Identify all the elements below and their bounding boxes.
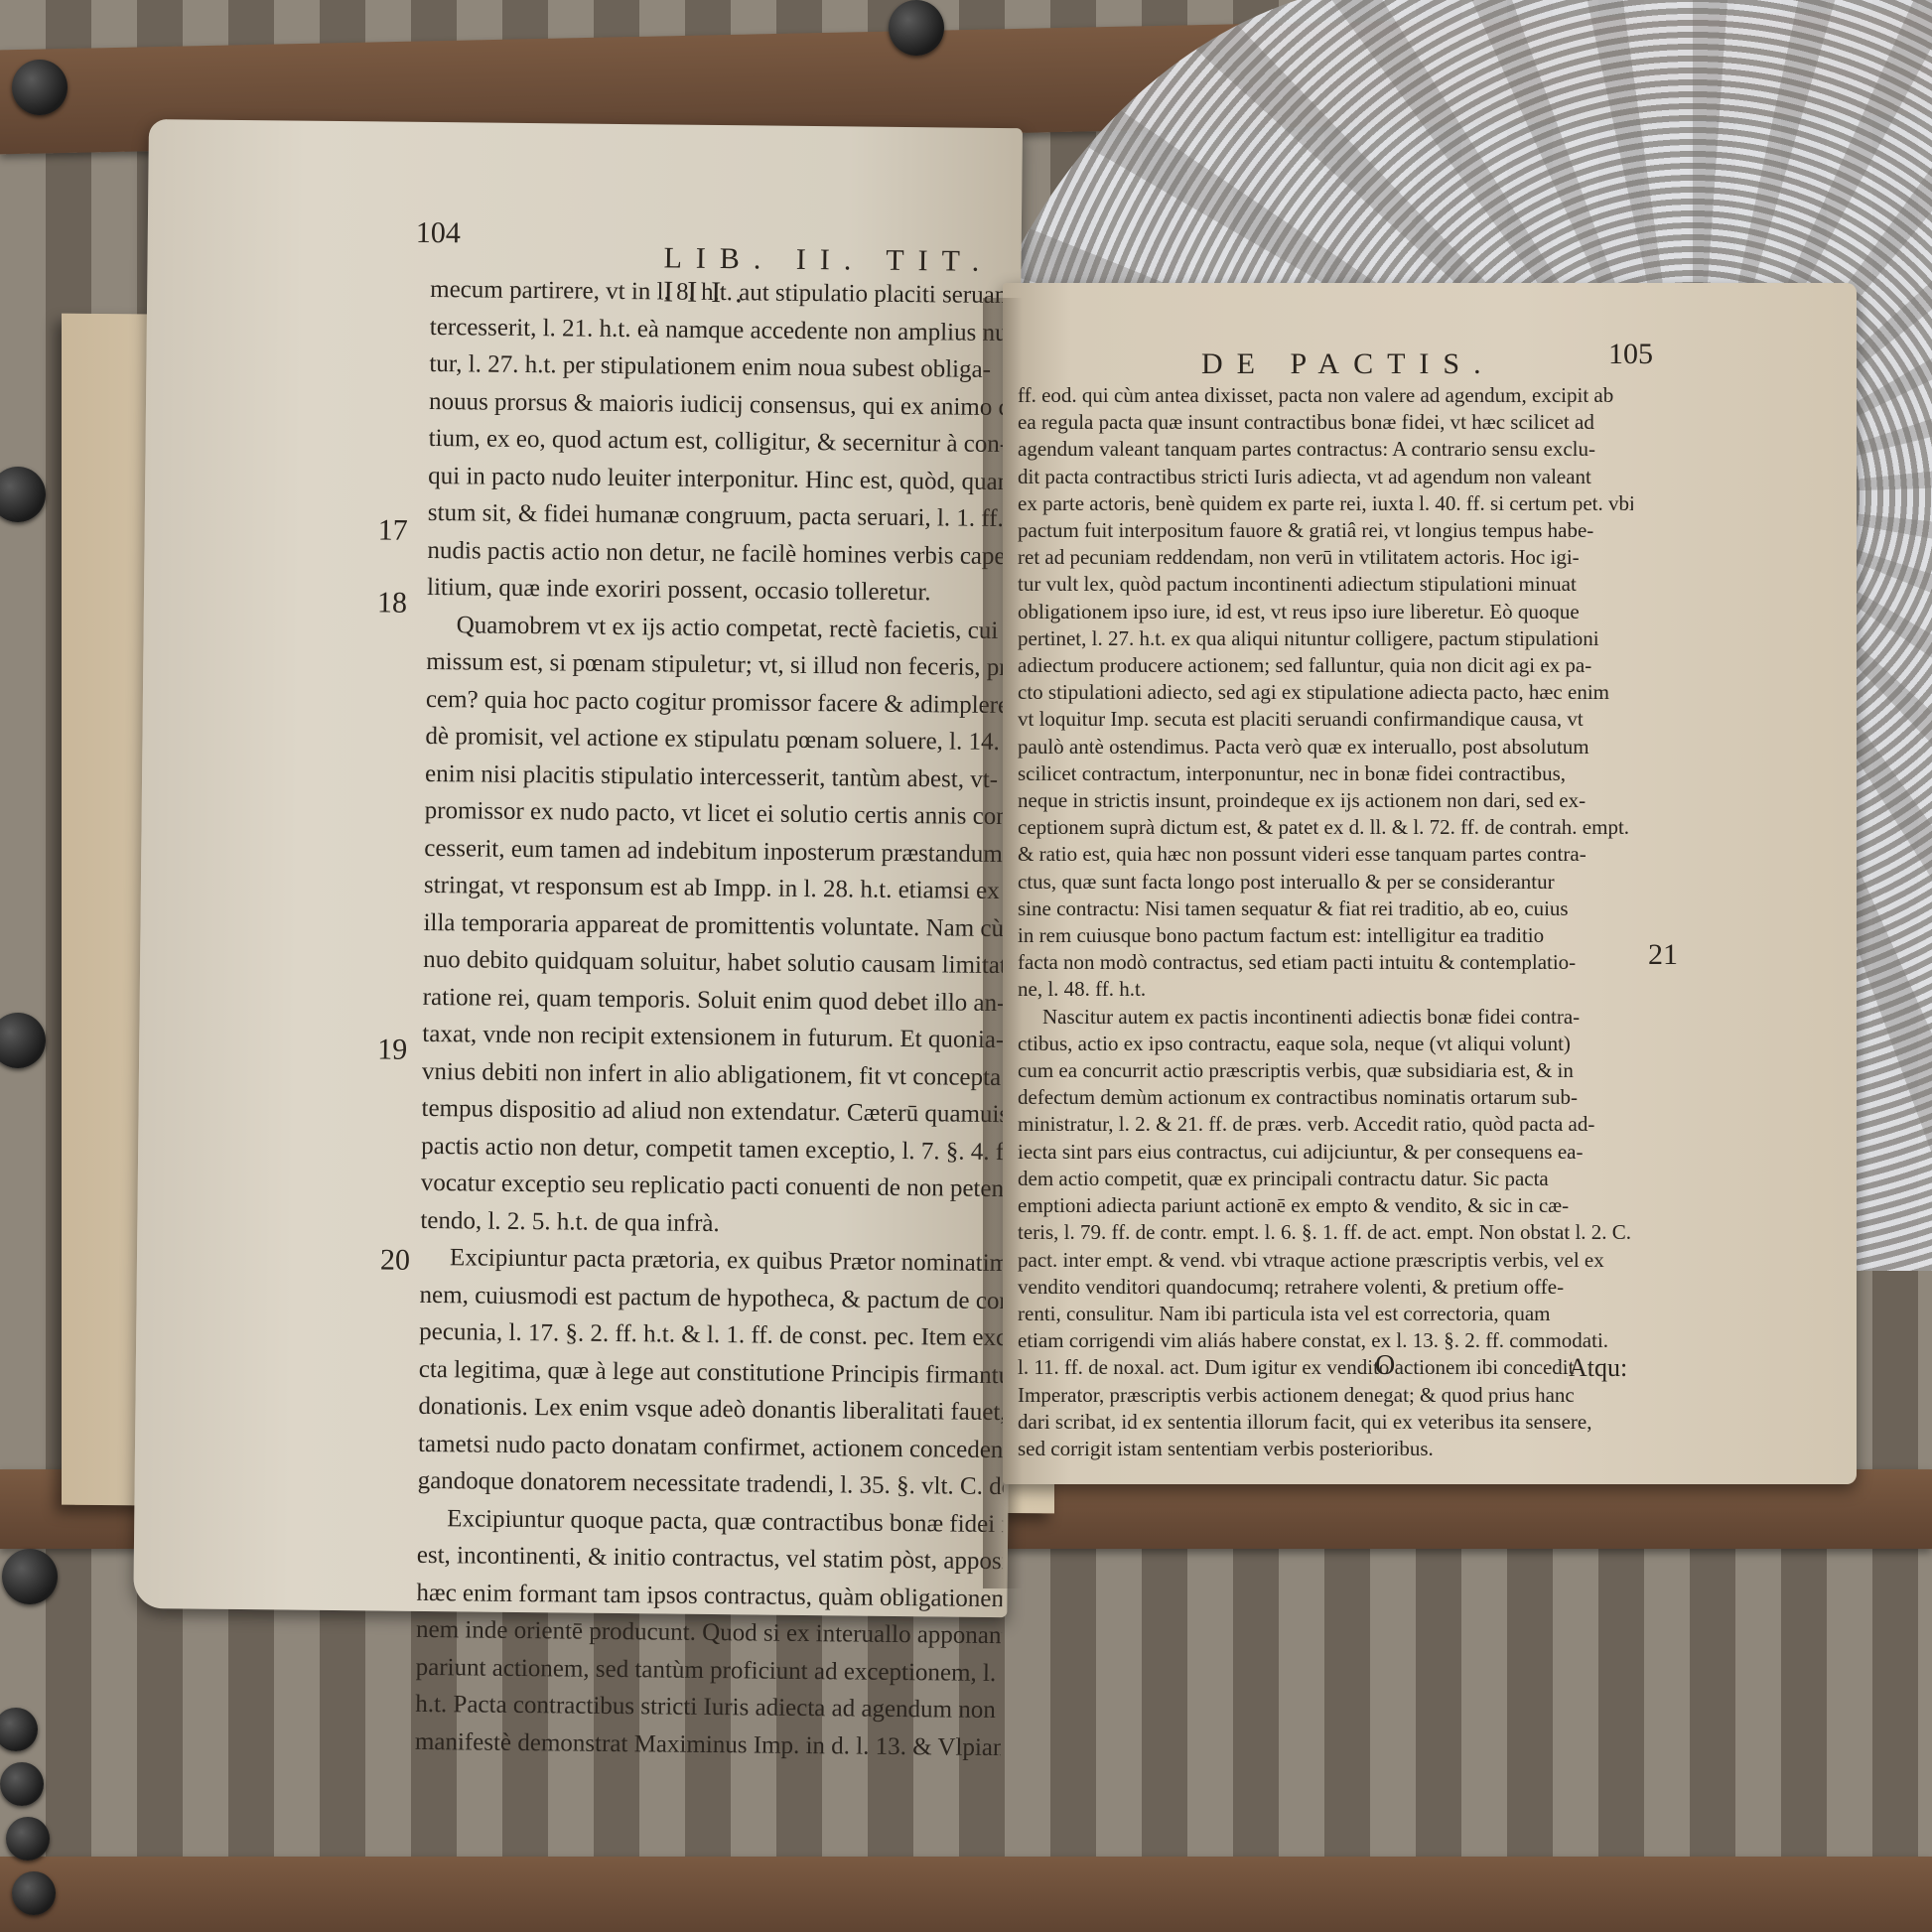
stud-icon [12, 1871, 56, 1915]
margin-number: 20 [380, 1244, 410, 1278]
stud-icon [6, 1817, 50, 1861]
margin-number: 18 [377, 586, 407, 620]
trunk-wood-slat-bottom [0, 1857, 1932, 1932]
right-page-body-text: ff. eod. qui cùm antea dixisset, pacta n… [1018, 382, 1633, 1462]
rivet-icon [889, 0, 944, 56]
left-page-body-text: mecum partirere, vt in l. 8. h.t. aut st… [415, 271, 1017, 1766]
margin-number: 19 [377, 1033, 407, 1066]
book-gutter-shadow [983, 298, 1023, 1588]
rivet-icon [2, 1549, 58, 1604]
stud-icon [0, 1762, 44, 1806]
signature-mark: O [1375, 1350, 1395, 1382]
catchword: Atqu: [1569, 1353, 1627, 1383]
left-page: 104 LIB. II. TIT. III. 17 18 19 20 mecum… [133, 119, 1023, 1617]
margin-number: 21 [1648, 938, 1678, 972]
left-page-number: 104 [416, 216, 461, 250]
margin-number: 17 [377, 513, 407, 547]
right-page-number: 105 [1608, 338, 1653, 371]
rivet-icon [12, 60, 68, 115]
right-running-head: DE PACTIS. [1201, 347, 1495, 381]
right-page: DE PACTIS. 105 21 ff. eod. qui cùm antea… [1003, 283, 1857, 1484]
